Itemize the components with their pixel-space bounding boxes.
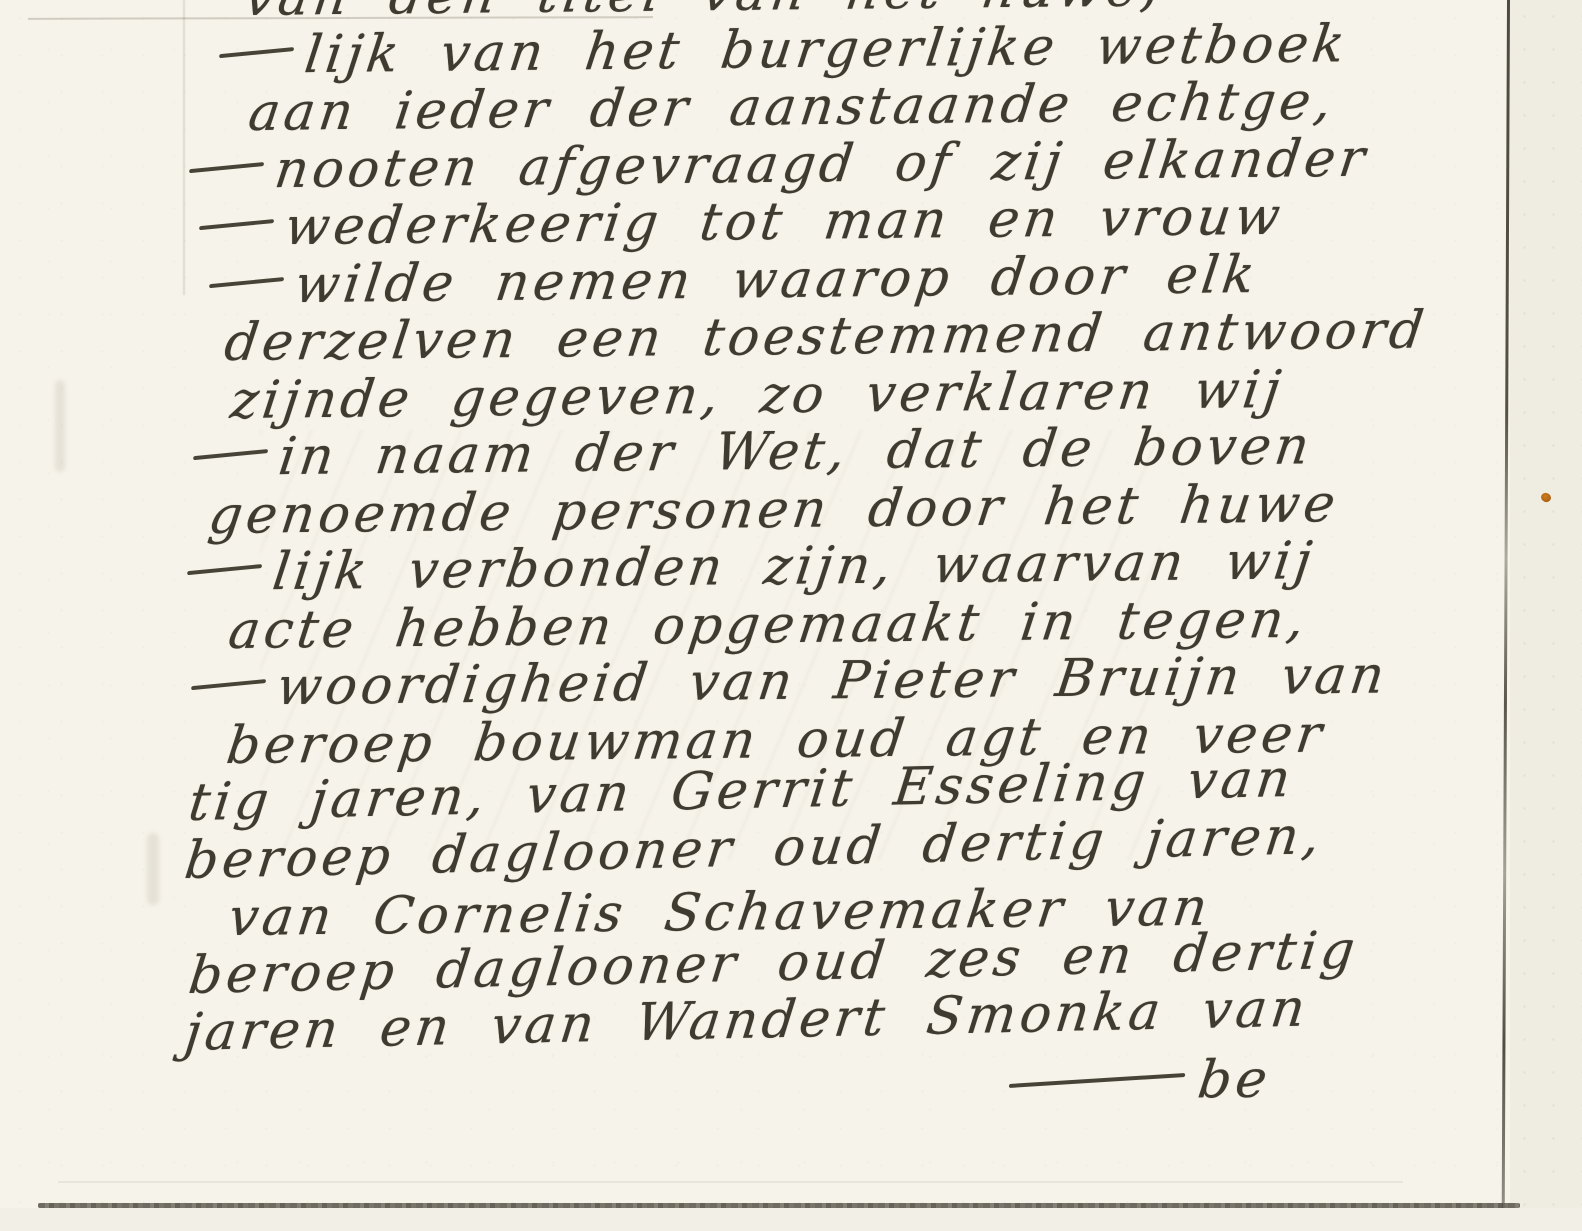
page-edge-bottom-faint [58,1181,1403,1183]
paper-smudge [147,833,159,905]
scanned-document-page: van den titel van het huwe, lijk van het… [0,0,1582,1231]
bottom-margin-area [0,1208,1582,1231]
paper-smudge [55,380,65,472]
manuscript-text-block: van den titel van het huwe, lijk van het… [185,0,1517,1120]
catchword: be [181,1049,1522,1120]
page-edge-bottom [38,1203,1520,1208]
right-margin-area [1510,0,1582,1231]
